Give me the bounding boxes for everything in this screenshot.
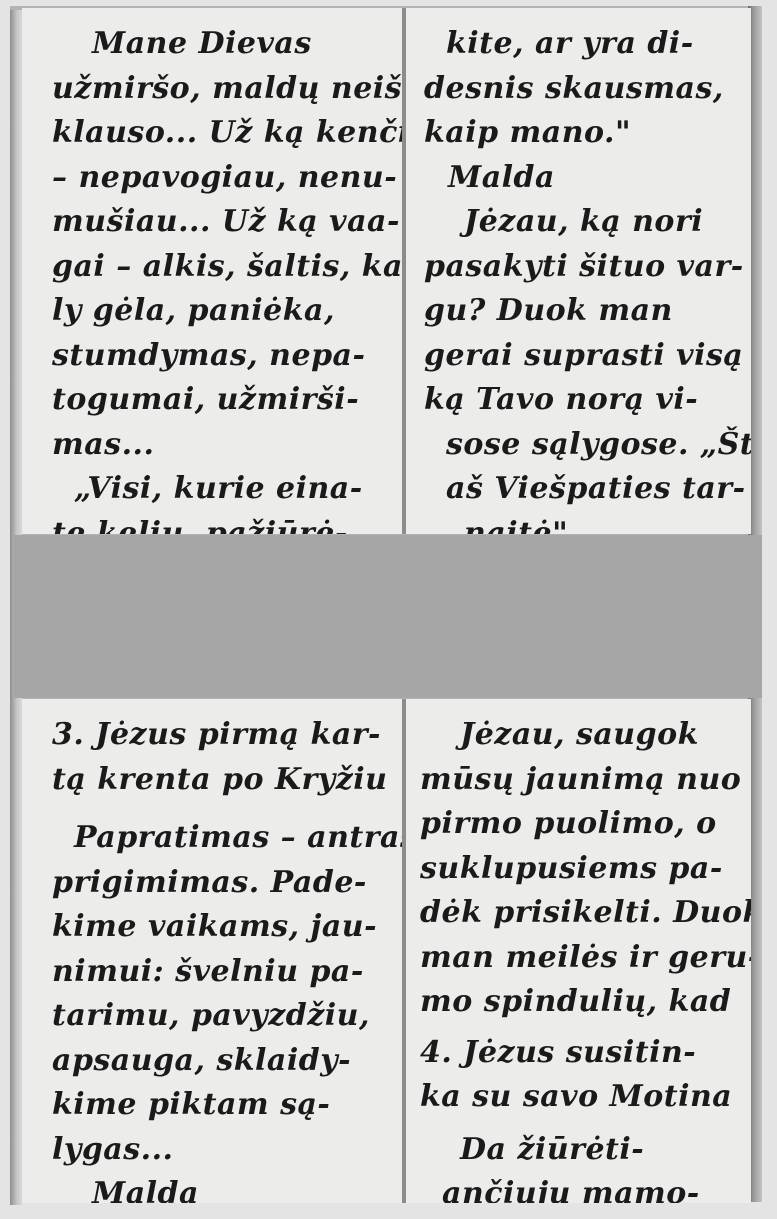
text-line: naitė". bbox=[424, 512, 741, 535]
manuscript-panel-top-left: Mane Dievas užmiršo, maldų neiš- klauso.… bbox=[22, 8, 402, 534]
text-line: ką Tavo norą vi- bbox=[424, 378, 741, 423]
text-line: kite, ar yra di- bbox=[424, 22, 741, 67]
station-heading: 4. Jėzus susitin- bbox=[420, 1031, 741, 1076]
text-line: dėk prisikelti. Duok bbox=[420, 891, 741, 936]
text-line: lygas... bbox=[52, 1128, 392, 1173]
text-line: suklupusiems pa- bbox=[420, 847, 741, 892]
text-line: Papratimas – antras bbox=[52, 816, 392, 861]
text-line: mas... bbox=[52, 423, 392, 468]
text-line: klauso... Už ką kenčiu bbox=[52, 111, 392, 156]
text-line: kaip mano." bbox=[424, 111, 741, 156]
text-line: prigimimas. Pade- bbox=[52, 861, 392, 906]
manuscript-panel-top-right: kite, ar yra di- desnis skausmas, kaip m… bbox=[406, 8, 751, 534]
text-line: gu? Duok man bbox=[424, 289, 741, 334]
text-line: ančiųjų mamo- bbox=[420, 1172, 741, 1203]
text-line: te keliu, pažiūrė- bbox=[52, 512, 392, 535]
text-line: kime vaikams, jau- bbox=[52, 905, 392, 950]
text-line: tarimu, pavyzdžiu, bbox=[52, 994, 392, 1039]
text-line: – nepavogiau, nenu- bbox=[52, 156, 392, 201]
text-line: Mane Dievas bbox=[52, 22, 392, 67]
text-line: sose sąlygose. „Štai bbox=[424, 423, 741, 468]
text-line: ly gėla, paniėka, bbox=[52, 289, 392, 334]
text-line: gerai suprasti visą bbox=[424, 334, 741, 379]
station-heading: 3. Jėzus pirmą kar- bbox=[52, 713, 392, 758]
section-heading: Malda bbox=[52, 1172, 392, 1203]
text-line: Jėzau, saugok bbox=[420, 713, 741, 758]
text-line: mušiau... Už ką vaa- bbox=[52, 200, 392, 245]
text-line: togumai, užmirši- bbox=[52, 378, 392, 423]
station-heading: ka su savo Motina bbox=[420, 1075, 741, 1120]
text-line: mo spindulių, kad bbox=[420, 980, 741, 1025]
section-heading: Malda bbox=[424, 156, 741, 201]
text-line: pirmo puolimo, o bbox=[420, 802, 741, 847]
text-line: pasakyti šituo var- bbox=[424, 245, 741, 290]
manuscript-panel-bottom-left: 3. Jėzus pirmą kar- tą krenta po Kryžiu … bbox=[22, 699, 402, 1203]
text-line: kime piktam są- bbox=[52, 1083, 392, 1128]
text-line: nimui: švelniu pa- bbox=[52, 950, 392, 995]
text-line: mūsų jaunimą nuo bbox=[420, 758, 741, 803]
text-line: man meilės ir geru- bbox=[420, 936, 741, 981]
text-line: gai – alkis, šaltis, kaus- bbox=[52, 245, 392, 290]
manuscript-panel-bottom-right: Jėzau, saugok mūsų jaunimą nuo pirmo puo… bbox=[406, 699, 751, 1203]
text-line: desnis skausmas, bbox=[424, 67, 741, 112]
text-line: apsauga, sklaidy- bbox=[52, 1039, 392, 1084]
station-heading: tą krenta po Kryžiu bbox=[52, 758, 392, 803]
text-line: aš Viešpaties tar- bbox=[424, 467, 741, 512]
text-line: užmiršo, maldų neiš- bbox=[52, 67, 392, 112]
text-line: „Visi, kurie eina- bbox=[52, 467, 392, 512]
redaction-band bbox=[14, 535, 762, 698]
text-line: Da žiūrėti- bbox=[420, 1128, 741, 1173]
text-line: Jėzau, ką nori bbox=[424, 200, 741, 245]
text-line: stumdymas, nepa- bbox=[52, 334, 392, 379]
